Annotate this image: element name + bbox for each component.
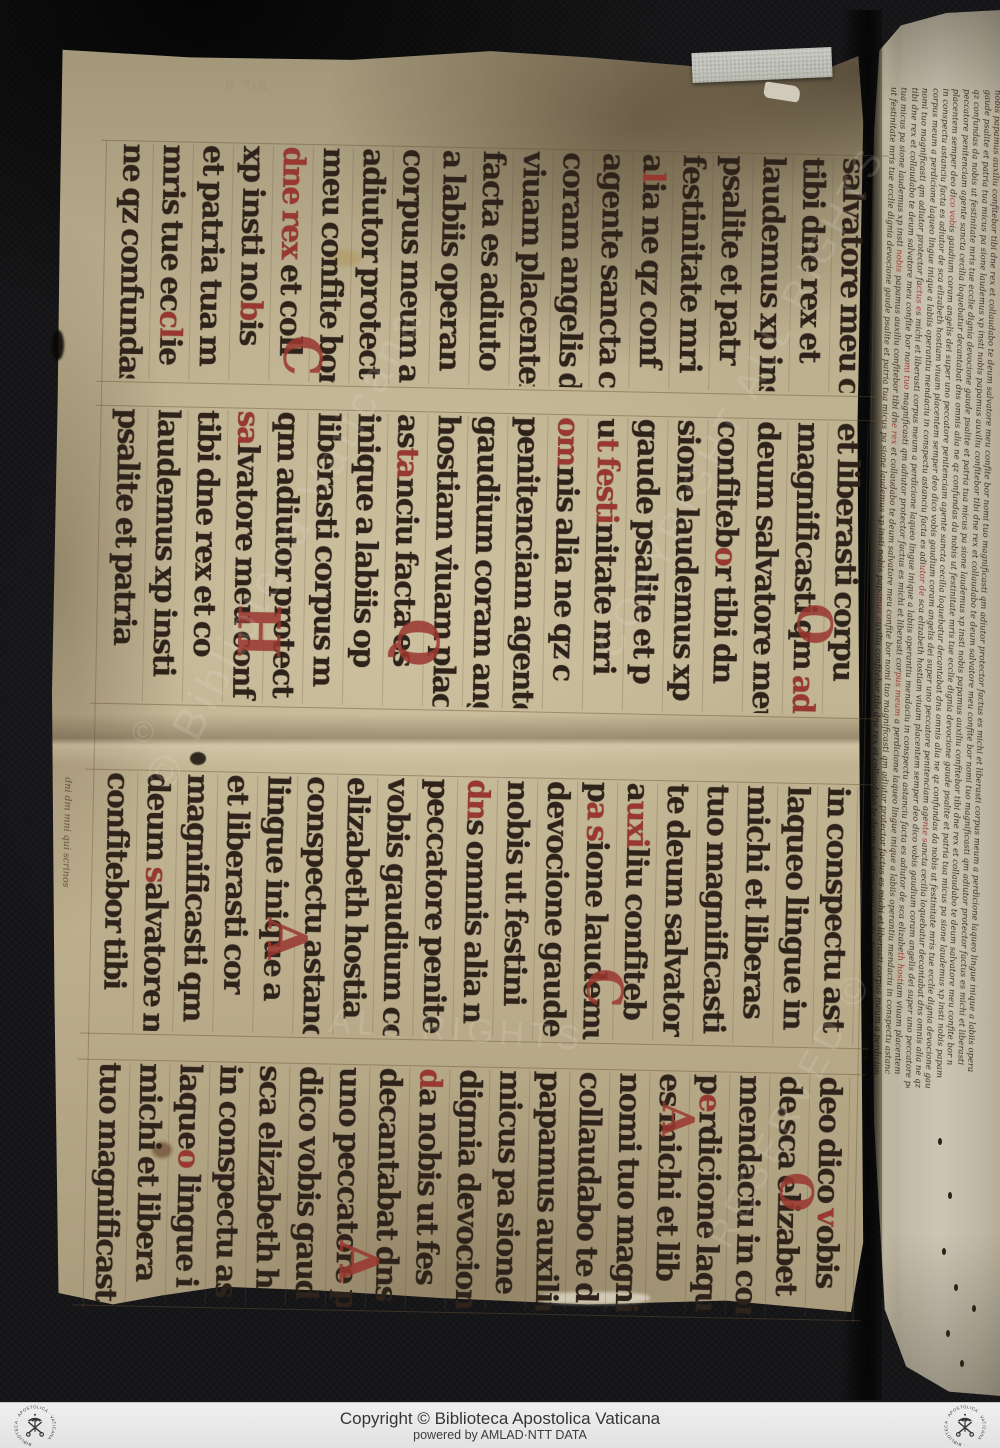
manuscript-line: confitebor tibi [92, 772, 138, 1031]
manuscript-line: elizabeth hostia [332, 777, 378, 1036]
rubric-initial: A [654, 1102, 699, 1137]
manuscript-line: laudemus xp insti [142, 409, 189, 702]
vatican-library-seal-right: · BIBLIOTECA · APOSTOLICA · VATICANA [944, 1405, 986, 1447]
marginal-note: dni dm mni qui scrinos [60, 777, 73, 888]
rubric-initial: C [579, 967, 630, 1008]
manuscript-line: qm adiutor protect [262, 411, 309, 704]
manuscript-line: magnificasti qm [172, 773, 218, 1032]
parchment-speck [946, 1330, 950, 1337]
manuscript-line: deum salvatore meu [742, 421, 789, 714]
manuscript-line: psalite et patr [708, 155, 754, 391]
rubric-initial: O [773, 1171, 820, 1212]
manuscript-line: agente sancta c [588, 153, 634, 389]
manuscript-line: ne qz confundas [108, 143, 154, 379]
parchment-speck [938, 1138, 942, 1145]
manuscript-line: festinitate mri [668, 154, 714, 390]
footer-text-block: Copyright © Biblioteca Apostolica Vatica… [56, 1409, 944, 1443]
manuscript-line: inique a labiis op [342, 413, 389, 706]
umbraculum-keys-emblem [957, 1413, 974, 1435]
rubric-initial: C [274, 334, 327, 376]
rubric-initial: Q [389, 618, 446, 668]
manuscript-line: salvatore meu c [828, 157, 874, 393]
manuscript-line: in conspectu ast [812, 786, 858, 1045]
manuscript-line: lingue inique a [252, 775, 298, 1034]
manuscript-line: facta es adiuto [468, 150, 514, 386]
manuscript-line: dignia devocion [445, 1069, 491, 1310]
manuscript-line: tibi dne rex et [788, 157, 834, 393]
manuscript-line: salvatore meu conf [222, 410, 269, 703]
manuscript-line: a labiis operan [428, 149, 474, 385]
manuscript-line: dico vobis gaud [285, 1066, 331, 1307]
manuscript-line: sione laudemus xp [662, 419, 709, 712]
parchment-speck [972, 1305, 976, 1312]
manuscript-line: gaudium coram ange [462, 415, 509, 708]
manuscript-line: liberasti corpus m [302, 412, 349, 705]
manuscript-line: viuam placentem [508, 151, 554, 387]
manuscript-line: omnis alia ne qz c [542, 417, 589, 710]
manuscript-line: deum salvatore m [132, 773, 178, 1032]
manuscript-line: et liberasti cor [212, 774, 258, 1033]
manuscript-line: da nobis ut fes [405, 1068, 451, 1309]
manuscript-line: tuo magnificasti [692, 784, 738, 1043]
manuscript-line: laqueo lingue i [165, 1063, 211, 1304]
manuscript-line: devocione gaude [532, 781, 578, 1040]
manuscript-line: in conspectu as [205, 1064, 251, 1305]
parchment-speck [942, 1248, 946, 1255]
manuscript-line: corpus meum a p [388, 149, 434, 385]
manuscript-text-layer: dni dm mni qui scrinos p 7i8 ne qz confu… [0, 0, 1000, 1402]
rubric-initial: H [229, 603, 288, 659]
manuscript-line: nobis ut festini [492, 780, 538, 1039]
pencil-inscription: p 7i8 [224, 76, 269, 96]
manuscript-line: gaude psalite et p [622, 418, 669, 711]
manuscript-line: magnificasti qm ad [782, 422, 829, 715]
manuscript-line: adiutor protect [348, 148, 394, 384]
manuscript-line: micus pa sione [485, 1070, 531, 1311]
manuscript-line: tibi dne rex et co [182, 410, 229, 703]
manuscript-photo: ut festinitate mris tue ecclie dignia de… [0, 0, 1000, 1402]
manuscript-line: et patria tua m [188, 145, 234, 381]
manuscript-line: michi et liberas [732, 785, 778, 1044]
manuscript-line: penitenciam agente [502, 416, 549, 709]
umbraculum-keys-emblem [27, 1413, 44, 1435]
manuscript-line: peccatore penite [412, 778, 458, 1037]
manuscript-line: et liberasti corpu [822, 422, 869, 715]
rubric-initial: A [260, 917, 315, 960]
rubric-initial: O [789, 603, 838, 646]
manuscript-line: xp insti nobis [228, 145, 274, 381]
manuscript-line: michi et libera [125, 1063, 171, 1304]
manuscript-line: te deum salvator [652, 783, 698, 1042]
powered-by-text: powered by AMLAD·NTT DATA [56, 1428, 944, 1442]
parchment-speck [954, 1284, 958, 1291]
manuscript-line: collaudabo te d [565, 1071, 611, 1312]
manuscript-line: mendaciu in con [725, 1075, 771, 1316]
manuscript-line: laudemus xp ins [748, 156, 794, 392]
parchment-speck [948, 1192, 952, 1199]
manuscript-line: vobis gaudium co [372, 777, 418, 1036]
manuscript-line: dns omnis alia n [452, 779, 498, 1038]
digitized-manuscript-viewer: ut festinitate mris tue ecclie dignia de… [0, 0, 1000, 1448]
manuscript-line: sca elizabeth h [245, 1065, 291, 1306]
copyright-text: Copyright © Biblioteca Apostolica Vatica… [56, 1409, 944, 1429]
repair-tape [691, 47, 832, 83]
manuscript-line: tuo magnificast [85, 1062, 131, 1303]
manuscript-line: nomi tuo magnif [605, 1072, 651, 1313]
manuscript-line: psalite et patria [102, 408, 149, 701]
parchment-speck [960, 1360, 964, 1367]
manuscript-line: alia ne qz conf [628, 153, 674, 389]
rubric-initial: A [331, 1239, 386, 1282]
manuscript-line: papamus auxiliu [525, 1071, 571, 1312]
manuscript-line: coram angelis d [548, 152, 594, 388]
manuscript-line: ut festinitate mri [582, 418, 629, 711]
vatican-library-seal-left: · BIBLIOTECA · APOSTOLICA · VATICANA [14, 1405, 56, 1447]
manuscript-line: conspectu astanc [292, 776, 338, 1035]
manuscript-line: confitebor tibi dn [702, 420, 749, 713]
manuscript-line: laqueo lingue in [772, 785, 818, 1044]
footer-bar: · BIBLIOTECA · APOSTOLICA · VATICANA Cop… [0, 1402, 1000, 1448]
manuscript-line: mris tue ecclie [148, 144, 194, 380]
